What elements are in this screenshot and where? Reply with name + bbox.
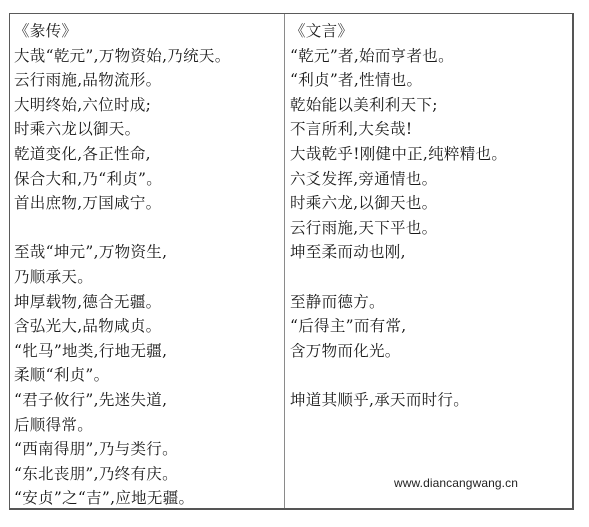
text-line: 保合大和,乃“利贞”。 [14,167,284,192]
text-line: “利贞”者,性情也。 [290,68,572,93]
text-line: 云行雨施,品物流形。 [14,68,284,93]
text-line: 坤道其顺乎,承天而时行。 [290,388,572,413]
text-line: “安贞”之“吉”,应地无疆。 [14,486,284,511]
text-line: 乃顺承天。 [14,265,284,290]
text-line: 大哉乾乎!刚健中正,纯粹精也。 [290,142,572,167]
text-line: 时乘六龙以御天。 [14,117,284,142]
text-line: 含万物而化光。 [290,339,572,364]
text-line: 不言所利,大矣哉! [290,117,572,142]
text-line: 坤至柔而动也刚, [290,240,572,265]
text-line: “君子攸行”,先迷失道, [14,388,284,413]
text-line: 乾道变化,各正性命, [14,142,284,167]
tuan-zhuan-column: 《彖传》 大哉“乾元”,万物资始,乃统天。 云行雨施,品物流形。 大明终始,六位… [10,14,285,508]
blank-line [290,363,572,388]
text-line: “西南得朋”,乃与类行。 [14,437,284,462]
text-line: 坤厚载物,德合无疆。 [14,290,284,315]
column-heading: 《彖传》 [14,19,284,44]
text-line: 至静而德方。 [290,290,572,315]
text-line: 大哉“乾元”,万物资始,乃统天。 [14,44,284,69]
text-line: 时乘六龙,以御天也。 [290,191,572,216]
blank-line [290,265,572,290]
text-line: 柔顺“利贞”。 [14,363,284,388]
text-line: “东北丧朋”,乃终有庆。 [14,462,284,487]
text-line: 至哉“坤元”,万物资生, [14,240,284,265]
text-line: “后得主”而有常, [290,314,572,339]
blank-line [14,216,284,241]
comparison-table: 《彖传》 大哉“乾元”,万物资始,乃统天。 云行雨施,品物流形。 大明终始,六位… [9,13,574,510]
wen-yan-column: 《文言》 “乾元”者,始而亨者也。 “利贞”者,性情也。 乾始能以美利利天下; … [285,14,572,508]
text-line: 乾始能以美利利天下; [290,93,572,118]
text-line: 大明终始,六位时成; [14,93,284,118]
text-line: 后顺得常。 [14,413,284,438]
text-line: 云行雨施,天下平也。 [290,216,572,241]
column-heading: 《文言》 [290,19,572,44]
text-line: 首出庶物,万国咸宁。 [14,191,284,216]
text-line: “牝马”地类,行地无疆, [14,339,284,364]
text-line: 六爻发挥,旁通情也。 [290,167,572,192]
text-line: “乾元”者,始而亨者也。 [290,44,572,69]
site-watermark: www.diancangwang.cn [394,476,518,490]
text-line: 含弘光大,品物咸贞。 [14,314,284,339]
